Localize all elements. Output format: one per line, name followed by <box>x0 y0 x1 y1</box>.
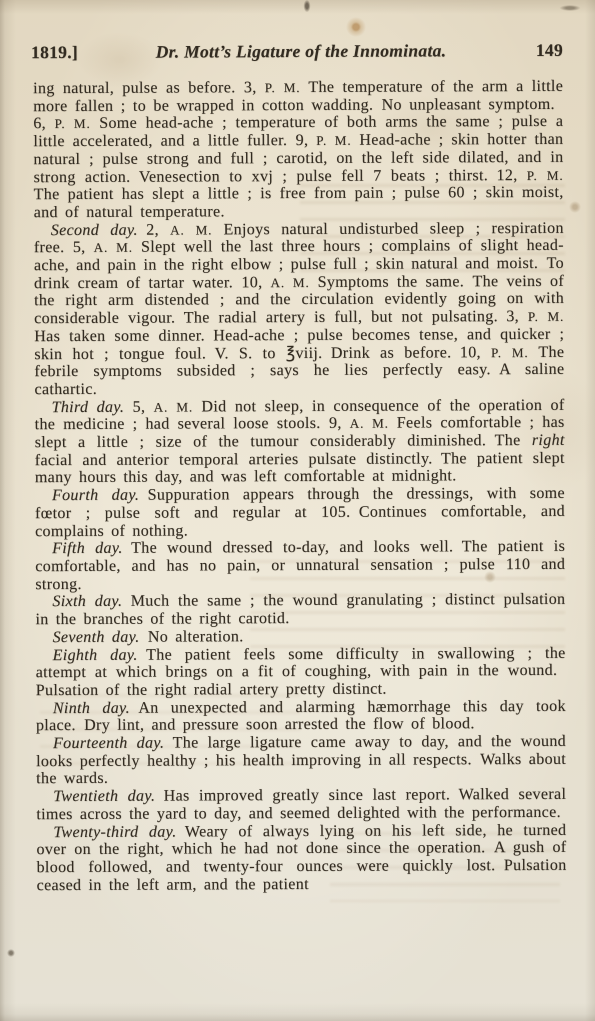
text-run: 2, <box>138 221 170 238</box>
smallcaps-text-run: A. M. <box>350 416 389 431</box>
paragraph-eighth-day: Eighth day. The patient feels some diffi… <box>36 644 566 699</box>
page-text: ing natural, pulse as before. 3, P. M. T… <box>33 78 567 895</box>
text-run: No alteration. <box>139 628 243 645</box>
text-run: 5, <box>124 398 153 415</box>
italic-text-run: Eighth day. <box>53 646 138 663</box>
paragraph-fourth-day: Fourth day. Suppuration appears through … <box>35 485 565 540</box>
book-page-scan: 1819.] Dr. Mott’s Ligature of the Innomi… <box>0 0 595 1021</box>
italic-text-run: Second day. <box>51 221 138 238</box>
smallcaps-text-run: P. M. <box>265 80 301 95</box>
paragraph-second-day: Second day. 2, A. M. Enjoys natural undi… <box>34 219 565 398</box>
text-run: Has taken some dinner. Head-ache ; pulse… <box>34 326 564 363</box>
paragraph-fifth-day: Fifth day. The wound dressed to-day, and… <box>35 538 565 593</box>
paragraph-fourteenth-day: Fourteenth day. The large ligature came … <box>36 733 566 788</box>
text-run: ing natural, pulse as before. 3, <box>33 79 265 97</box>
italic-text-run: Third day. <box>52 398 125 415</box>
smallcaps-text-run: P. M. <box>316 133 351 148</box>
text-run: facial and anterior temporal arteries pu… <box>35 450 565 487</box>
smallcaps-text-run: P. M. <box>528 309 564 324</box>
paragraph-sixth-day: Sixth day. Much the same ; the wound gra… <box>35 591 565 629</box>
smallcaps-text-run: P. M. <box>491 345 529 360</box>
running-header: 1819.] Dr. Mott’s Ligature of the Innomi… <box>31 40 563 63</box>
smallcaps-text-run: A. M. <box>170 222 212 237</box>
paragraph-ninth-day: Ninth day. An unexpected and alarming hæ… <box>36 697 566 735</box>
paragraph-twentieth-day: Twentieth day. Has improved greatly sinc… <box>36 786 566 824</box>
paragraph-seventh-day: Seventh day. No alteration. <box>36 627 566 647</box>
header-year: 1819.] <box>31 42 109 63</box>
italic-text-run: Twentieth day. <box>53 788 155 805</box>
italic-text-run: Sixth day. <box>52 593 122 610</box>
paragraph-continuation: ing natural, pulse as before. 3, P. M. T… <box>33 78 564 222</box>
header-title: Dr. Mott’s Ligature of the Innominata. <box>109 40 493 63</box>
italic-text-run: right <box>532 432 565 449</box>
italic-text-run: Seventh day. <box>53 628 140 645</box>
smallcaps-text-run: P. M. <box>55 116 91 131</box>
paragraph-third-day: Third day. 5, A. M. Did not sleep, in co… <box>35 396 565 487</box>
italic-text-run: Fifth day. <box>52 540 123 557</box>
italic-text-run: Ninth day. <box>53 699 130 716</box>
text-run: The patient has slept a little ; is free… <box>34 184 564 221</box>
italic-text-run: Fourth day. <box>52 487 139 504</box>
smallcaps-text-run: A. M. <box>154 399 194 414</box>
page-content: 1819.] Dr. Mott’s Ligature of the Innomi… <box>0 0 595 1021</box>
italic-text-run: Twenty-third day. <box>53 823 176 841</box>
paragraph-twenty-third-day: Twenty-third day. Weary of always lying … <box>36 821 566 894</box>
italic-text-run: Fourteenth day. <box>53 735 164 752</box>
smallcaps-text-run: P. M. <box>527 167 564 182</box>
smallcaps-text-run: A. M. <box>94 240 133 255</box>
smallcaps-text-run: A. M. <box>270 275 309 290</box>
header-page-number: 149 <box>493 40 563 61</box>
